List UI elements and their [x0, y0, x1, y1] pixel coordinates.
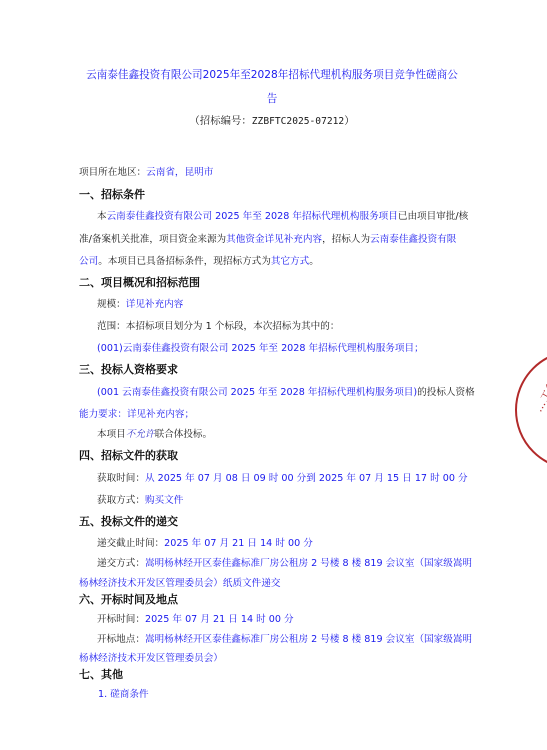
- tenderer-cont: 公司: [79, 256, 98, 267]
- opening-time-line: 开标时间：2025 年 07 月 21 日 14 时 00 分: [97, 613, 294, 627]
- req-label: 能力要求：: [79, 409, 127, 420]
- deadline-line: 递交截止时间：2025 年 07 月 21 日 14 时 00 分: [97, 537, 313, 551]
- scale-label: 规模：: [97, 299, 126, 310]
- doc-title-line2: 告: [70, 92, 474, 106]
- document-page: 云南泰佳鑫投资有限公司2025年至2028年招标代理机构服务项目竞争性磋商公 告…: [0, 0, 547, 750]
- section-heading-6: 六、开标时间及地点: [79, 593, 178, 607]
- submit-method-value: 嵩明杨林经开区泰佳鑫标准厂房公租房 2 号楼 8 楼 819 会议室（国家级嵩明: [145, 558, 472, 569]
- submit-method-line1: 递交方式：嵩明杨林经开区泰佳鑫标准厂房公租房 2 号楼 8 楼 819 会议室（…: [97, 557, 472, 571]
- consortium-status: 不允许: [126, 429, 155, 440]
- text: 准/备案机关批准，项目资金来源为: [79, 234, 226, 245]
- obtain-method-value: 购买文件: [145, 495, 183, 506]
- obtain-method-label: 获取方式：: [97, 495, 145, 506]
- consortium-line: 本项目不允许联合体投标。: [97, 428, 212, 442]
- section1-para-line2: 准/备案机关批准，项目资金来源为其他资金详见补充内容，招标人为云南泰佳鑫投资有限: [79, 233, 456, 247]
- company-project: 云南泰佳鑫投资有限公司 2025 年至 2028 年招标代理机构服务项目: [107, 211, 398, 222]
- official-seal-stamp: …工程…: [515, 350, 547, 470]
- opening-time-label: 开标时间：: [97, 614, 145, 625]
- project-region: 项目所在地区：云南省，昆明市: [79, 166, 213, 180]
- seal-text: …工程…: [530, 365, 547, 415]
- tender-code: （招标编号：ZZBFTC2025-07212）: [70, 114, 474, 129]
- obtain-time-value: 从 2025 年 07 月 08 日 09 时 00 分到 2025 年 07 …: [145, 473, 468, 484]
- obtain-time-label: 获取时间：: [97, 473, 145, 484]
- doc-title-line1: 云南泰佳鑫投资有限公司2025年至2028年招标代理机构服务项目竞争性磋商公: [70, 68, 474, 82]
- req-line2: 能力要求：详见补充内容；: [79, 408, 194, 422]
- obtain-time-line: 获取时间：从 2025 年 07 月 08 日 09 时 00 分到 2025 …: [97, 472, 468, 486]
- tender-code-suffix: ）: [344, 115, 354, 127]
- deadline-value: 2025 年 07 月 21 日 14 时 00 分: [164, 538, 313, 549]
- section1-para-line3: 公司。本项目已具备招标条件，现招标方式为其它方式。: [79, 255, 319, 269]
- text: 本项目: [97, 429, 126, 440]
- scale-value: 详见补充内容: [126, 299, 184, 310]
- submit-method-line2: 杨林经济技术开发区管理委员会）纸质文件递交: [79, 577, 280, 591]
- opening-place-label: 开标地点：: [97, 634, 145, 645]
- req-line1: (001 云南泰佳鑫投资有限公司 2025 年至 2028 年招标代理机构服务项…: [97, 386, 475, 400]
- opening-time-value: 2025 年 07 月 21 日 14 时 00 分: [145, 614, 294, 625]
- tenderer: 云南泰佳鑫投资有限: [370, 234, 456, 245]
- obtain-method-line: 获取方式：购买文件: [97, 494, 183, 508]
- submit-method-label: 递交方式：: [97, 558, 145, 569]
- section1-para-line1: 本云南泰佳鑫投资有限公司 2025 年至 2028 年招标代理机构服务项目已由项…: [97, 210, 468, 224]
- section-heading-4: 四、招标文件的获取: [79, 449, 178, 463]
- lot-item: (001)云南泰佳鑫投资有限公司 2025 年至 2028 年招标代理机构服务项…: [97, 342, 424, 356]
- opening-place-value: 嵩明杨林经开区泰佳鑫标准厂房公租房 2 号楼 8 楼 819 会议室（国家级嵩明: [145, 634, 472, 645]
- scale-line: 规模：详见补充内容: [97, 298, 183, 312]
- region-label: 项目所在地区：: [79, 167, 146, 178]
- section-heading-3: 三、投标人资格要求: [79, 363, 178, 377]
- text: 本: [97, 211, 107, 222]
- text: 。: [309, 256, 319, 267]
- tender-code-value: ZZBFTC2025-07212: [252, 116, 344, 127]
- section-heading-5: 五、投标文件的递交: [79, 515, 178, 529]
- text: 联合体投标。: [155, 429, 213, 440]
- text: 的投标人资格: [417, 387, 475, 398]
- opening-place-line2: 杨林经济技术开发区管理委员会）: [79, 652, 223, 666]
- section-heading-7: 七、其他: [79, 668, 123, 682]
- tender-code-prefix: （招标编号：: [189, 115, 251, 127]
- region-value: 云南省，昆明市: [146, 167, 213, 178]
- deadline-label: 递交截止时间：: [97, 538, 164, 549]
- req-project: (001 云南泰佳鑫投资有限公司 2025 年至 2028 年招标代理机构服务项…: [97, 387, 417, 398]
- text: 。本项目已具备招标条件，现招标方式为: [98, 256, 271, 267]
- text: ，招标人为: [322, 234, 370, 245]
- other-item-1: 1. 磋商条件: [98, 688, 149, 702]
- section-heading-2: 二、项目概况和招标范围: [79, 276, 200, 290]
- fund-source: 其他资金详见补充内容: [226, 234, 322, 245]
- req-value: 详见补充内容；: [127, 409, 194, 420]
- opening-place-line1: 开标地点：嵩明杨林经开区泰佳鑫标准厂房公租房 2 号楼 8 楼 819 会议室（…: [97, 633, 472, 647]
- section-heading-1: 一、招标条件: [79, 188, 145, 202]
- scope-line: 范围：本招标项目划分为 1 个标段，本次招标为其中的：: [97, 320, 339, 334]
- text: 已由项目审批/核: [398, 211, 468, 222]
- tender-method: 其它方式: [271, 256, 309, 267]
